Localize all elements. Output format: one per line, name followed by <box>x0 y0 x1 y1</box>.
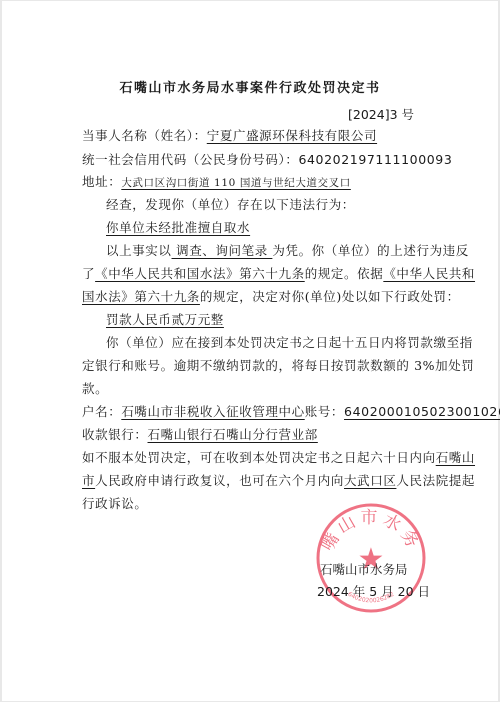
appeal-gov-part2: 市 <box>82 473 95 488</box>
payment-line-2: 定银行和账号。逾期不缴纳罚款的，将每日按罚款数额的 3%加处罚 <box>82 358 474 374</box>
party-name-value: 宁夏广盛源环保科技有限公司 <box>207 128 377 143</box>
appeal-line2-suffix: 人民法院提起 <box>396 473 475 488</box>
law-line-2: 国水法》第六十九条的规定，决定对你(单位)处以如下行政处罚： <box>82 289 460 305</box>
bank-label: 收款银行： <box>82 427 148 442</box>
document-page: 石嘴山市水务局水事案件行政处罚决定书 [2024]3 号 当事人名称（姓名）：宁… <box>2 1 498 701</box>
account-number-label: 账号： <box>305 404 344 419</box>
credit-code-value: 640202197111100093 <box>298 152 452 167</box>
appeal-line1-prefix: 如不服本处罚决定，可在收到本处罚决定书之日起六十日内向 <box>82 450 436 465</box>
law-line1-prefix: 了 <box>82 266 95 281</box>
appeal-line-2: 市人民政府申请行政复议，也可在六个月内向大武口区人民法院提起 <box>82 473 475 489</box>
appeal-court: 大武口区 <box>344 473 396 488</box>
law-line-1: 了《中华人民共和国水法》第六十九条的规定。依据《中华人民共和 <box>82 266 475 282</box>
evidence-value: 调查、询问笔录 <box>172 243 273 258</box>
evidence-row: 以上事实以 调查、询问笔录 为凭。你（单位）的上述行为违反 <box>106 243 469 259</box>
violation-text: 你单位未经批准擅自取水 <box>106 220 250 236</box>
document-number: [2024]3 号 <box>348 105 414 123</box>
appeal-line-1: 如不服本处罚决定，可在收到本处罚决定书之日起六十日内向石嘴山 <box>82 450 475 466</box>
law-basis-part2: 国水法》第六十九条 <box>82 289 200 304</box>
evidence-prefix: 以上事实以 <box>106 243 172 258</box>
document-title: 石嘴山市水务局水事案件行政处罚决定书 <box>2 77 498 96</box>
party-name-label: 当事人名称（姓名）： <box>82 128 207 143</box>
party-name-row: 当事人名称（姓名）：宁夏广盛源环保科技有限公司 <box>82 128 377 144</box>
address-value: 大武口区沟口街道 110 国道与世纪大道交叉口 <box>121 177 351 189</box>
account-number-value: 6402000105023001026 <box>344 404 500 419</box>
bank-row: 收款银行：石嘴山银行石嘴山分行营业部 <box>82 427 318 443</box>
issuer-signature: 石嘴山市水务局 <box>320 560 408 578</box>
law-line2-suffix: 的规定，决定对你(单位)处以如下行政处罚： <box>200 289 460 304</box>
appeal-line2-mid: 人民政府申请行政复议，也可在六个月内向 <box>95 473 344 488</box>
bank-value: 石嘴山银行石嘴山分行营业部 <box>148 427 318 442</box>
law-violated: 《中华人民共和国水法》第六十九条 <box>95 266 305 281</box>
address-label: 地址： <box>82 174 121 189</box>
penalty-amount: 罚款人民币贰万元整 <box>106 312 224 328</box>
law-line1-mid: 的规定。依据 <box>305 266 384 281</box>
account-holder-label: 户名： <box>82 404 121 419</box>
credit-code-row: 统一社会信用代码（公民身份号码）：640202197111100093 <box>82 152 452 168</box>
address-row: 地址：大武口区沟口街道 110 国道与世纪大道交叉口 <box>82 174 351 191</box>
appeal-line-3: 行政诉讼。 <box>82 496 148 512</box>
account-holder-value: 石嘴山市非税收入征收管理中心 <box>121 404 304 419</box>
payment-line-3: 款。 <box>82 381 108 397</box>
findings-intro: 经查，发现你（单位）存在以下违法行为： <box>106 197 355 213</box>
payment-line-1: 你（单位）应在接到本处罚决定书之日起十五日内将罚款缴至指 <box>106 335 473 351</box>
issue-date: 2024 年 5 月 20 日 <box>317 582 430 600</box>
evidence-suffix: 为凭。你（单位）的上述行为违反 <box>272 243 469 258</box>
credit-code-label: 统一社会信用代码（公民身份号码）： <box>82 152 298 167</box>
account-row: 户名：石嘴山市非税收入征收管理中心账号：6402000105023001026 <box>82 404 500 420</box>
law-basis-part1: 《中华人民共和 <box>383 266 475 281</box>
appeal-gov-part1: 石嘴山 <box>436 450 475 465</box>
